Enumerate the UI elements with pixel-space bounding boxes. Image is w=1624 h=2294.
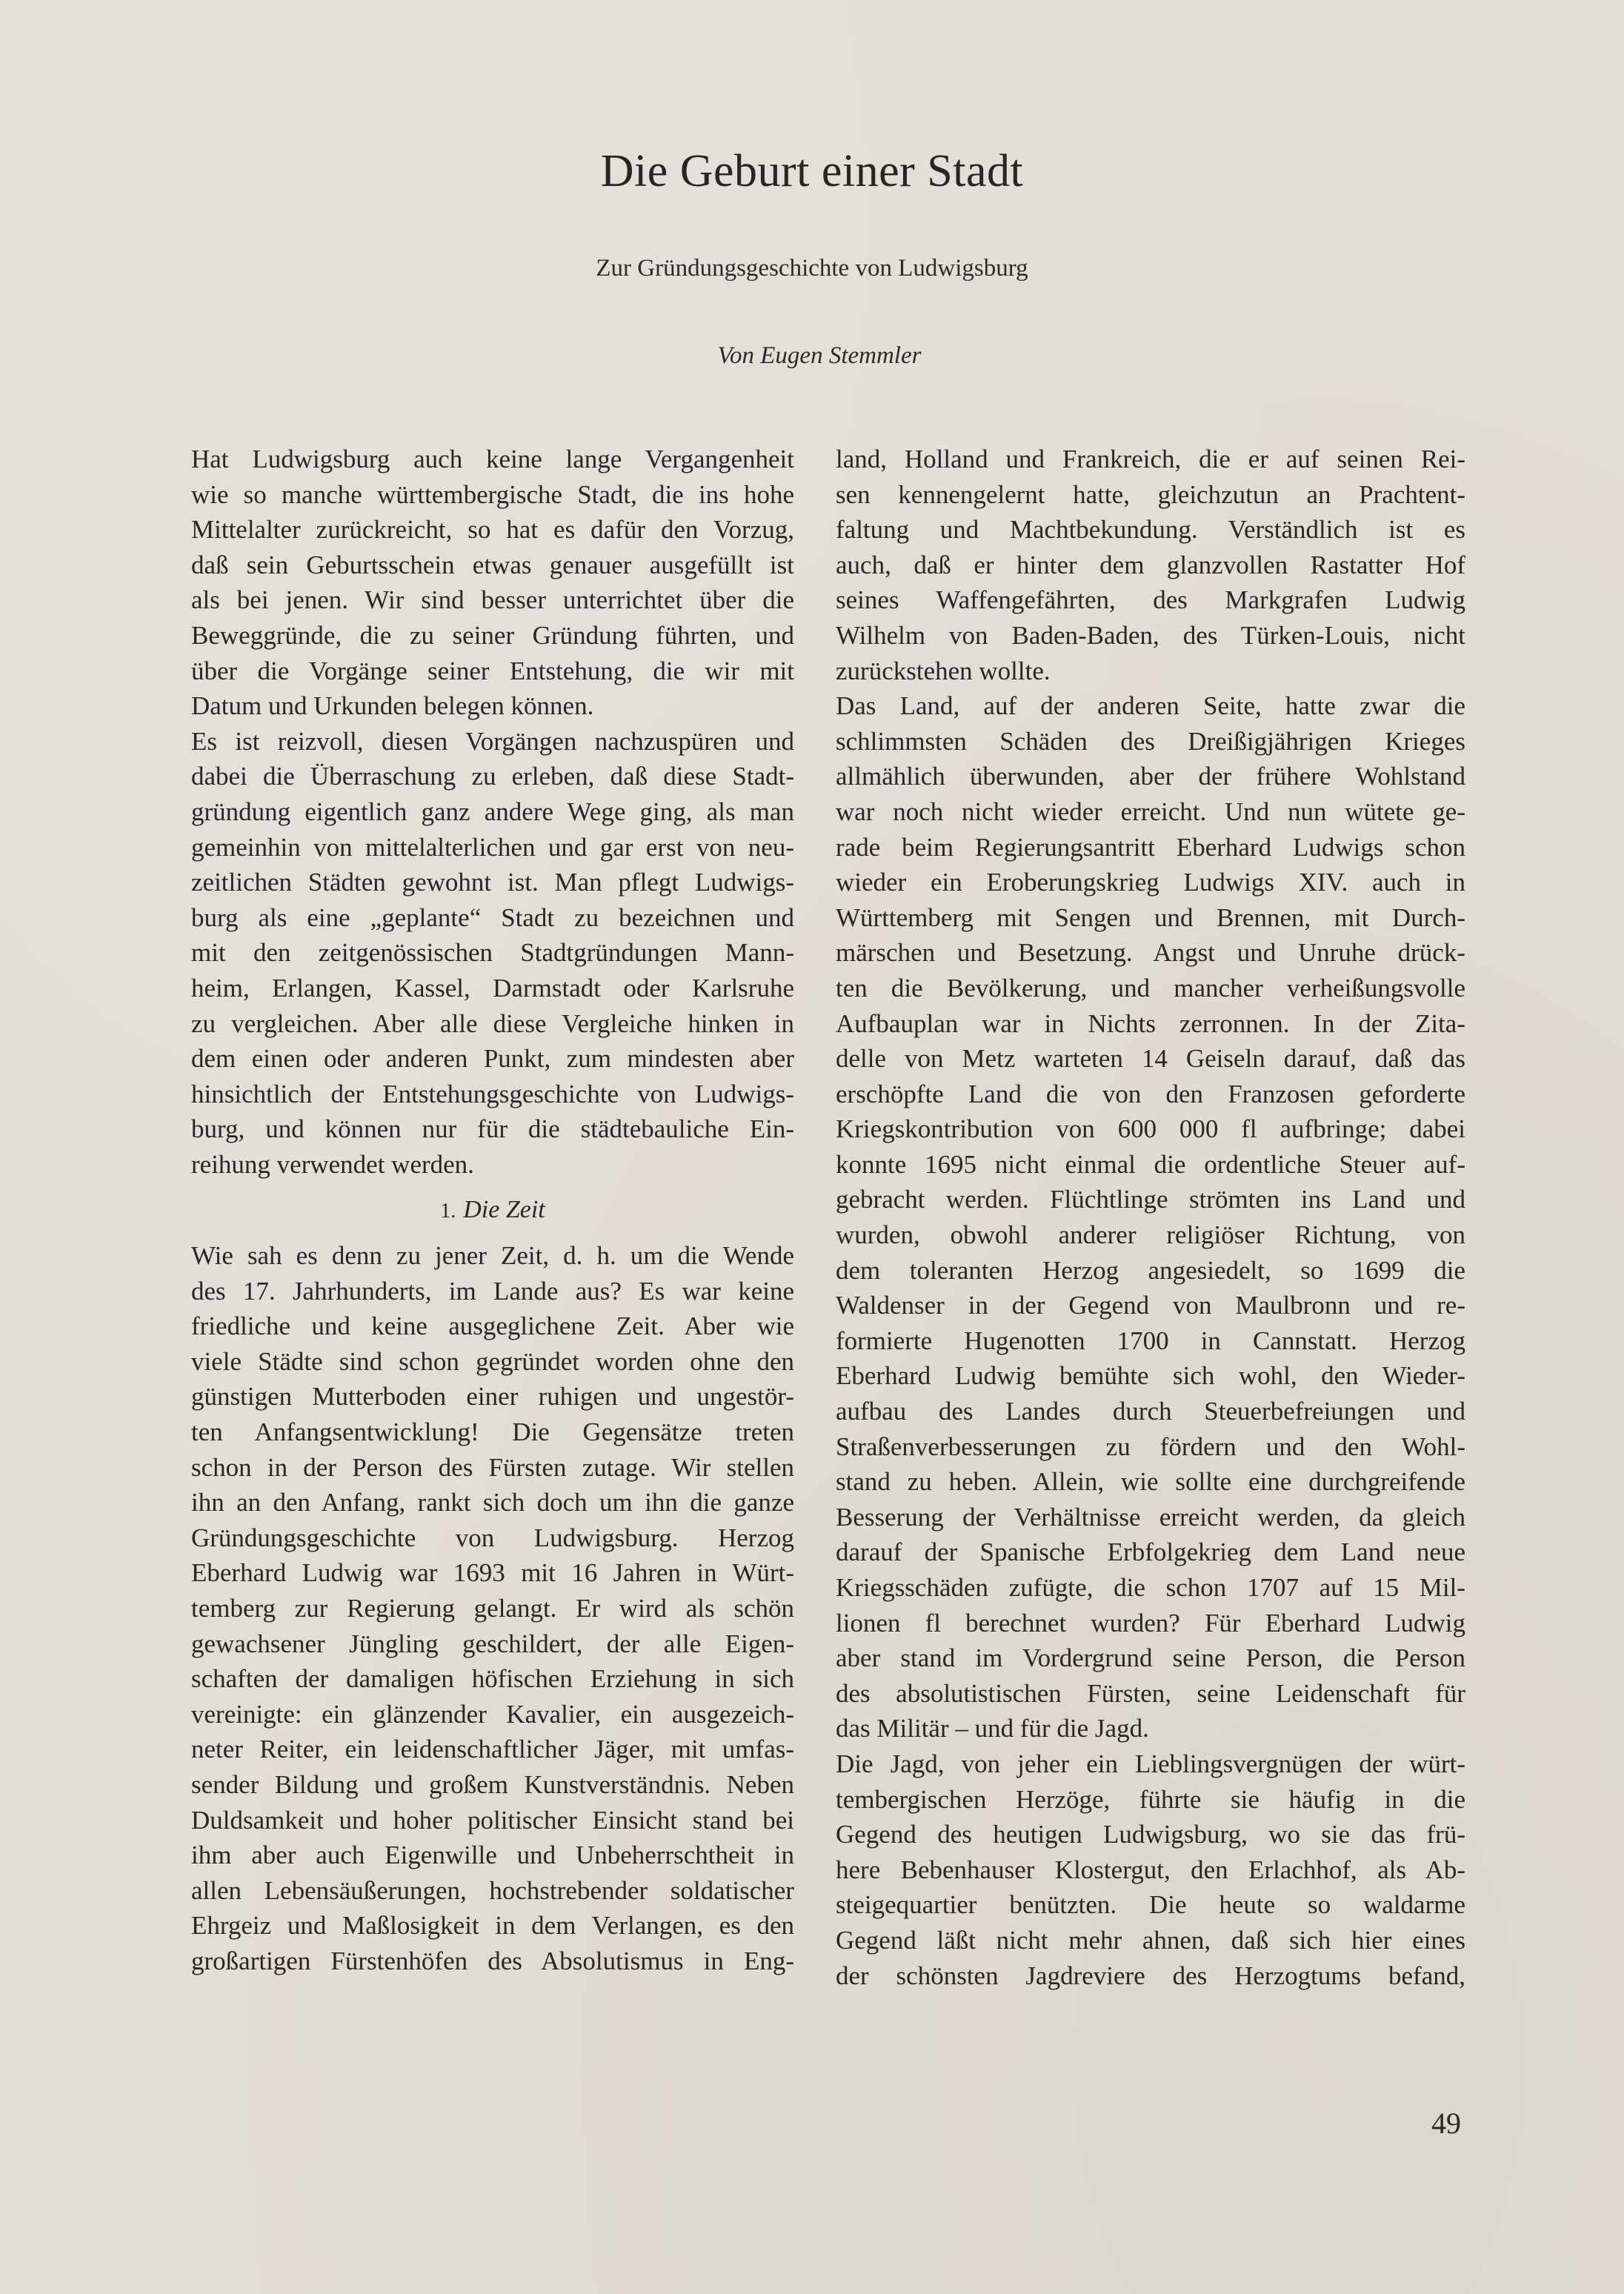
text-line: mit den zeitgenössischen Stadtgründungen… [191, 935, 794, 971]
section-heading: 1.Die Zeit [191, 1192, 794, 1228]
left-column: Hat Ludwigsburg auch keine lange Vergang… [191, 442, 794, 1979]
text-line: Mittelalter zurückreicht, so hat es dafü… [191, 512, 794, 548]
text-line: ihn an den Anfang, rankt sich doch um ih… [191, 1485, 794, 1520]
text-line: dabei die Überraschung zu erleben, daß d… [191, 759, 794, 794]
text-line: Das Land, auf der anderen Seite, hatte z… [836, 688, 1465, 724]
text-line: gebracht werden. Flüchtlinge strömten in… [836, 1182, 1465, 1217]
text-line: Hat Ludwigsburg auch keine lange Vergang… [191, 442, 794, 477]
text-line: heim, Erlangen, Kassel, Darmstadt oder K… [191, 971, 794, 1006]
text-line: aber stand im Vordergrund seine Person, … [836, 1640, 1465, 1676]
text-line: Gegend des heutigen Ludwigsburg, wo sie … [836, 1817, 1465, 1852]
text-line: märschen und Besetzung. Angst und Unruhe… [836, 935, 1465, 971]
author-byline: Von Eugen Stemmler [0, 342, 1624, 370]
text-line: zeitlichen Städten gewohnt ist. Man pfle… [191, 865, 794, 900]
text-line: rade beim Regierungsantritt Eberhard Lud… [836, 830, 1465, 865]
text-line: tembergischen Herzöge, führte sie häufig… [836, 1782, 1465, 1818]
text-line: gewachsener Jüngling geschildert, der al… [191, 1626, 794, 1662]
text-line: zurückstehen wollte. [836, 654, 1465, 689]
text-line: formierte Hugenotten 1700 in Cannstatt. … [836, 1323, 1465, 1359]
text-line: allen Lebensäußerungen, hochstrebender s… [191, 1873, 794, 1909]
text-line: Wilhelm von Baden-Baden, des Türken-Loui… [836, 618, 1465, 654]
text-line: Gegend läßt nicht mehr ahnen, daß sich h… [836, 1923, 1465, 1958]
text-line: delle von Metz warteten 14 Geiseln darau… [836, 1041, 1465, 1077]
text-line: aufbau des Landes durch Steuerbefreiunge… [836, 1394, 1465, 1429]
text-line: land, Holland und Frankreich, die er auf… [836, 442, 1465, 477]
text-line: Eberhard Ludwig bemühte sich wohl, den W… [836, 1358, 1465, 1394]
text-line: war noch nicht wieder erreicht. Und nun … [836, 794, 1465, 830]
text-line: dem einen oder anderen Punkt, zum mindes… [191, 1041, 794, 1077]
text-line: Kriegsschäden zufügte, die schon 1707 au… [836, 1570, 1465, 1606]
text-line: burg, und können nur für die städtebauli… [191, 1111, 794, 1147]
left-column-paragraphs-section1: Wie sah es denn zu jener Zeit, d. h. um … [191, 1238, 794, 1978]
text-line: faltung und Machtbekundung. Verständlich… [836, 512, 1465, 548]
text-line: Beweggründe, die zu seiner Gründung führ… [191, 618, 794, 654]
text-line: Gründungsgeschichte von Ludwigsburg. Her… [191, 1520, 794, 1556]
text-line: Aufbauplan war in Nichts zerronnen. In d… [836, 1006, 1465, 1042]
text-line: Duldsamkeit und hoher politischer Einsic… [191, 1803, 794, 1838]
text-line: Wie sah es denn zu jener Zeit, d. h. um … [191, 1238, 794, 1274]
text-line: ten die Bevölkerung, und mancher verheiß… [836, 971, 1465, 1006]
text-line: lionen fl berechnet wurden? Für Eberhard… [836, 1606, 1465, 1641]
text-line: erschöpfte Land die von den Franzosen ge… [836, 1077, 1465, 1112]
text-line: reihung verwendet werden. [191, 1147, 794, 1183]
text-line: das Militär – und für die Jagd. [836, 1711, 1465, 1746]
article-title: Die Geburt einer Stadt [0, 145, 1624, 198]
text-line: seines Waffengefährten, des Markgrafen L… [836, 582, 1465, 618]
text-line: wieder ein Eroberungskrieg Ludwigs XIV. … [836, 865, 1465, 900]
text-line: steigequartier benützten. Die heute so w… [836, 1887, 1465, 1923]
text-line: Es ist reizvoll, diesen Vorgängen nachzu… [191, 724, 794, 759]
text-line: ten Anfangsentwicklung! Die Gegensätze t… [191, 1414, 794, 1450]
text-line: Württemberg mit Sengen und Brennen, mit … [836, 900, 1465, 936]
text-line: neter Reiter, ein leidenschaftlicher Jäg… [191, 1732, 794, 1767]
text-line: des 17. Jahrhunderts, im Lande aus? Es w… [191, 1274, 794, 1309]
text-line: über die Vorgänge seiner Entstehung, die… [191, 654, 794, 689]
text-line: daß sein Geburtsschein etwas genauer aus… [191, 548, 794, 583]
section-number: 1. [440, 1200, 456, 1223]
text-line: gründung eigentlich ganz andere Wege gin… [191, 794, 794, 830]
document-page: Die Geburt einer Stadt Zur Gründungsgesc… [0, 0, 1624, 2294]
text-line: Datum und Urkunden belegen können. [191, 688, 794, 724]
text-line: burg als eine „geplante“ Stadt zu bezeic… [191, 900, 794, 936]
text-line: schon in der Person des Fürsten zutage. … [191, 1450, 794, 1486]
right-column: land, Holland und Frankreich, die er auf… [836, 442, 1465, 1993]
text-line: Die Jagd, von jeher ein Lieblingsvergnüg… [836, 1746, 1465, 1782]
text-line: vereinigte: ein glänzender Kavalier, ein… [191, 1697, 794, 1732]
text-line: der schönsten Jagdreviere des Herzogtums… [836, 1958, 1465, 1994]
text-line: gemeinhin von mittelalterlichen und gar … [191, 830, 794, 865]
text-line: zu vergleichen. Aber alle diese Vergleic… [191, 1006, 794, 1042]
section-heading-label: Die Zeit [463, 1196, 545, 1223]
text-line: großartigen Fürstenhöfen des Absolutismu… [191, 1944, 794, 1979]
text-line: dem toleranten Herzog angesiedelt, so 16… [836, 1253, 1465, 1289]
text-line: friedliche und keine ausgeglichene Zeit.… [191, 1309, 794, 1344]
page-number: 49 [1431, 2106, 1461, 2141]
text-line: auch, daß er hinter dem glanzvollen Rast… [836, 548, 1465, 583]
text-line: stand zu heben. Allein, wie sollte eine … [836, 1464, 1465, 1500]
text-line: konnte 1695 nicht einmal die ordentliche… [836, 1147, 1465, 1183]
text-line: Ehrgeiz und Maßlosigkeit in dem Verlange… [191, 1908, 794, 1944]
text-line: des absolutistischen Fürsten, seine Leid… [836, 1676, 1465, 1712]
text-line: hinsichtlich der Entstehungsgeschichte v… [191, 1077, 794, 1112]
text-line: Straßenverbesserungen zu fördern und den… [836, 1429, 1465, 1465]
text-line: here Bebenhauser Klostergut, den Erlachh… [836, 1852, 1465, 1888]
text-line: als bei jenen. Wir sind besser unterrich… [191, 582, 794, 618]
right-column-paragraphs: land, Holland und Frankreich, die er auf… [836, 442, 1465, 1993]
text-line: sender Bildung und großem Kunstverständn… [191, 1767, 794, 1803]
text-line: schaften der damaligen höfischen Erziehu… [191, 1661, 794, 1697]
text-line: Besserung der Verhältnisse erreicht werd… [836, 1500, 1465, 1535]
text-line: Eberhard Ludwig war 1693 mit 16 Jahren i… [191, 1555, 794, 1591]
text-line: temberg zur Regierung gelangt. Er wird a… [191, 1591, 794, 1626]
text-line: wurden, obwohl anderer religiöser Richtu… [836, 1217, 1465, 1253]
article-subtitle: Zur Gründungsgeschichte von Ludwigsburg [0, 255, 1624, 282]
text-line: wie so manche württembergische Stadt, di… [191, 477, 794, 513]
text-line: viele Städte sind schon gegründet worden… [191, 1344, 794, 1380]
text-line: darauf der Spanische Erbfolgekrieg dem L… [836, 1535, 1465, 1570]
text-line: günstigen Mutterboden einer ruhigen und … [191, 1379, 794, 1414]
text-line: sen kennengelernt hatte, gleichzutun an … [836, 477, 1465, 513]
text-line: schlimmsten Schäden des Dreißigjährigen … [836, 724, 1465, 759]
text-line: Kriegskontribution von 600 000 fl aufbri… [836, 1111, 1465, 1147]
text-line: Waldenser in der Gegend von Maulbronn un… [836, 1288, 1465, 1323]
text-line: allmählich überwunden, aber der frühere … [836, 759, 1465, 794]
text-line: ihm aber auch Eigenwille und Unbeherrsch… [191, 1838, 794, 1873]
left-column-paragraphs-intro: Hat Ludwigsburg auch keine lange Vergang… [191, 442, 794, 1182]
